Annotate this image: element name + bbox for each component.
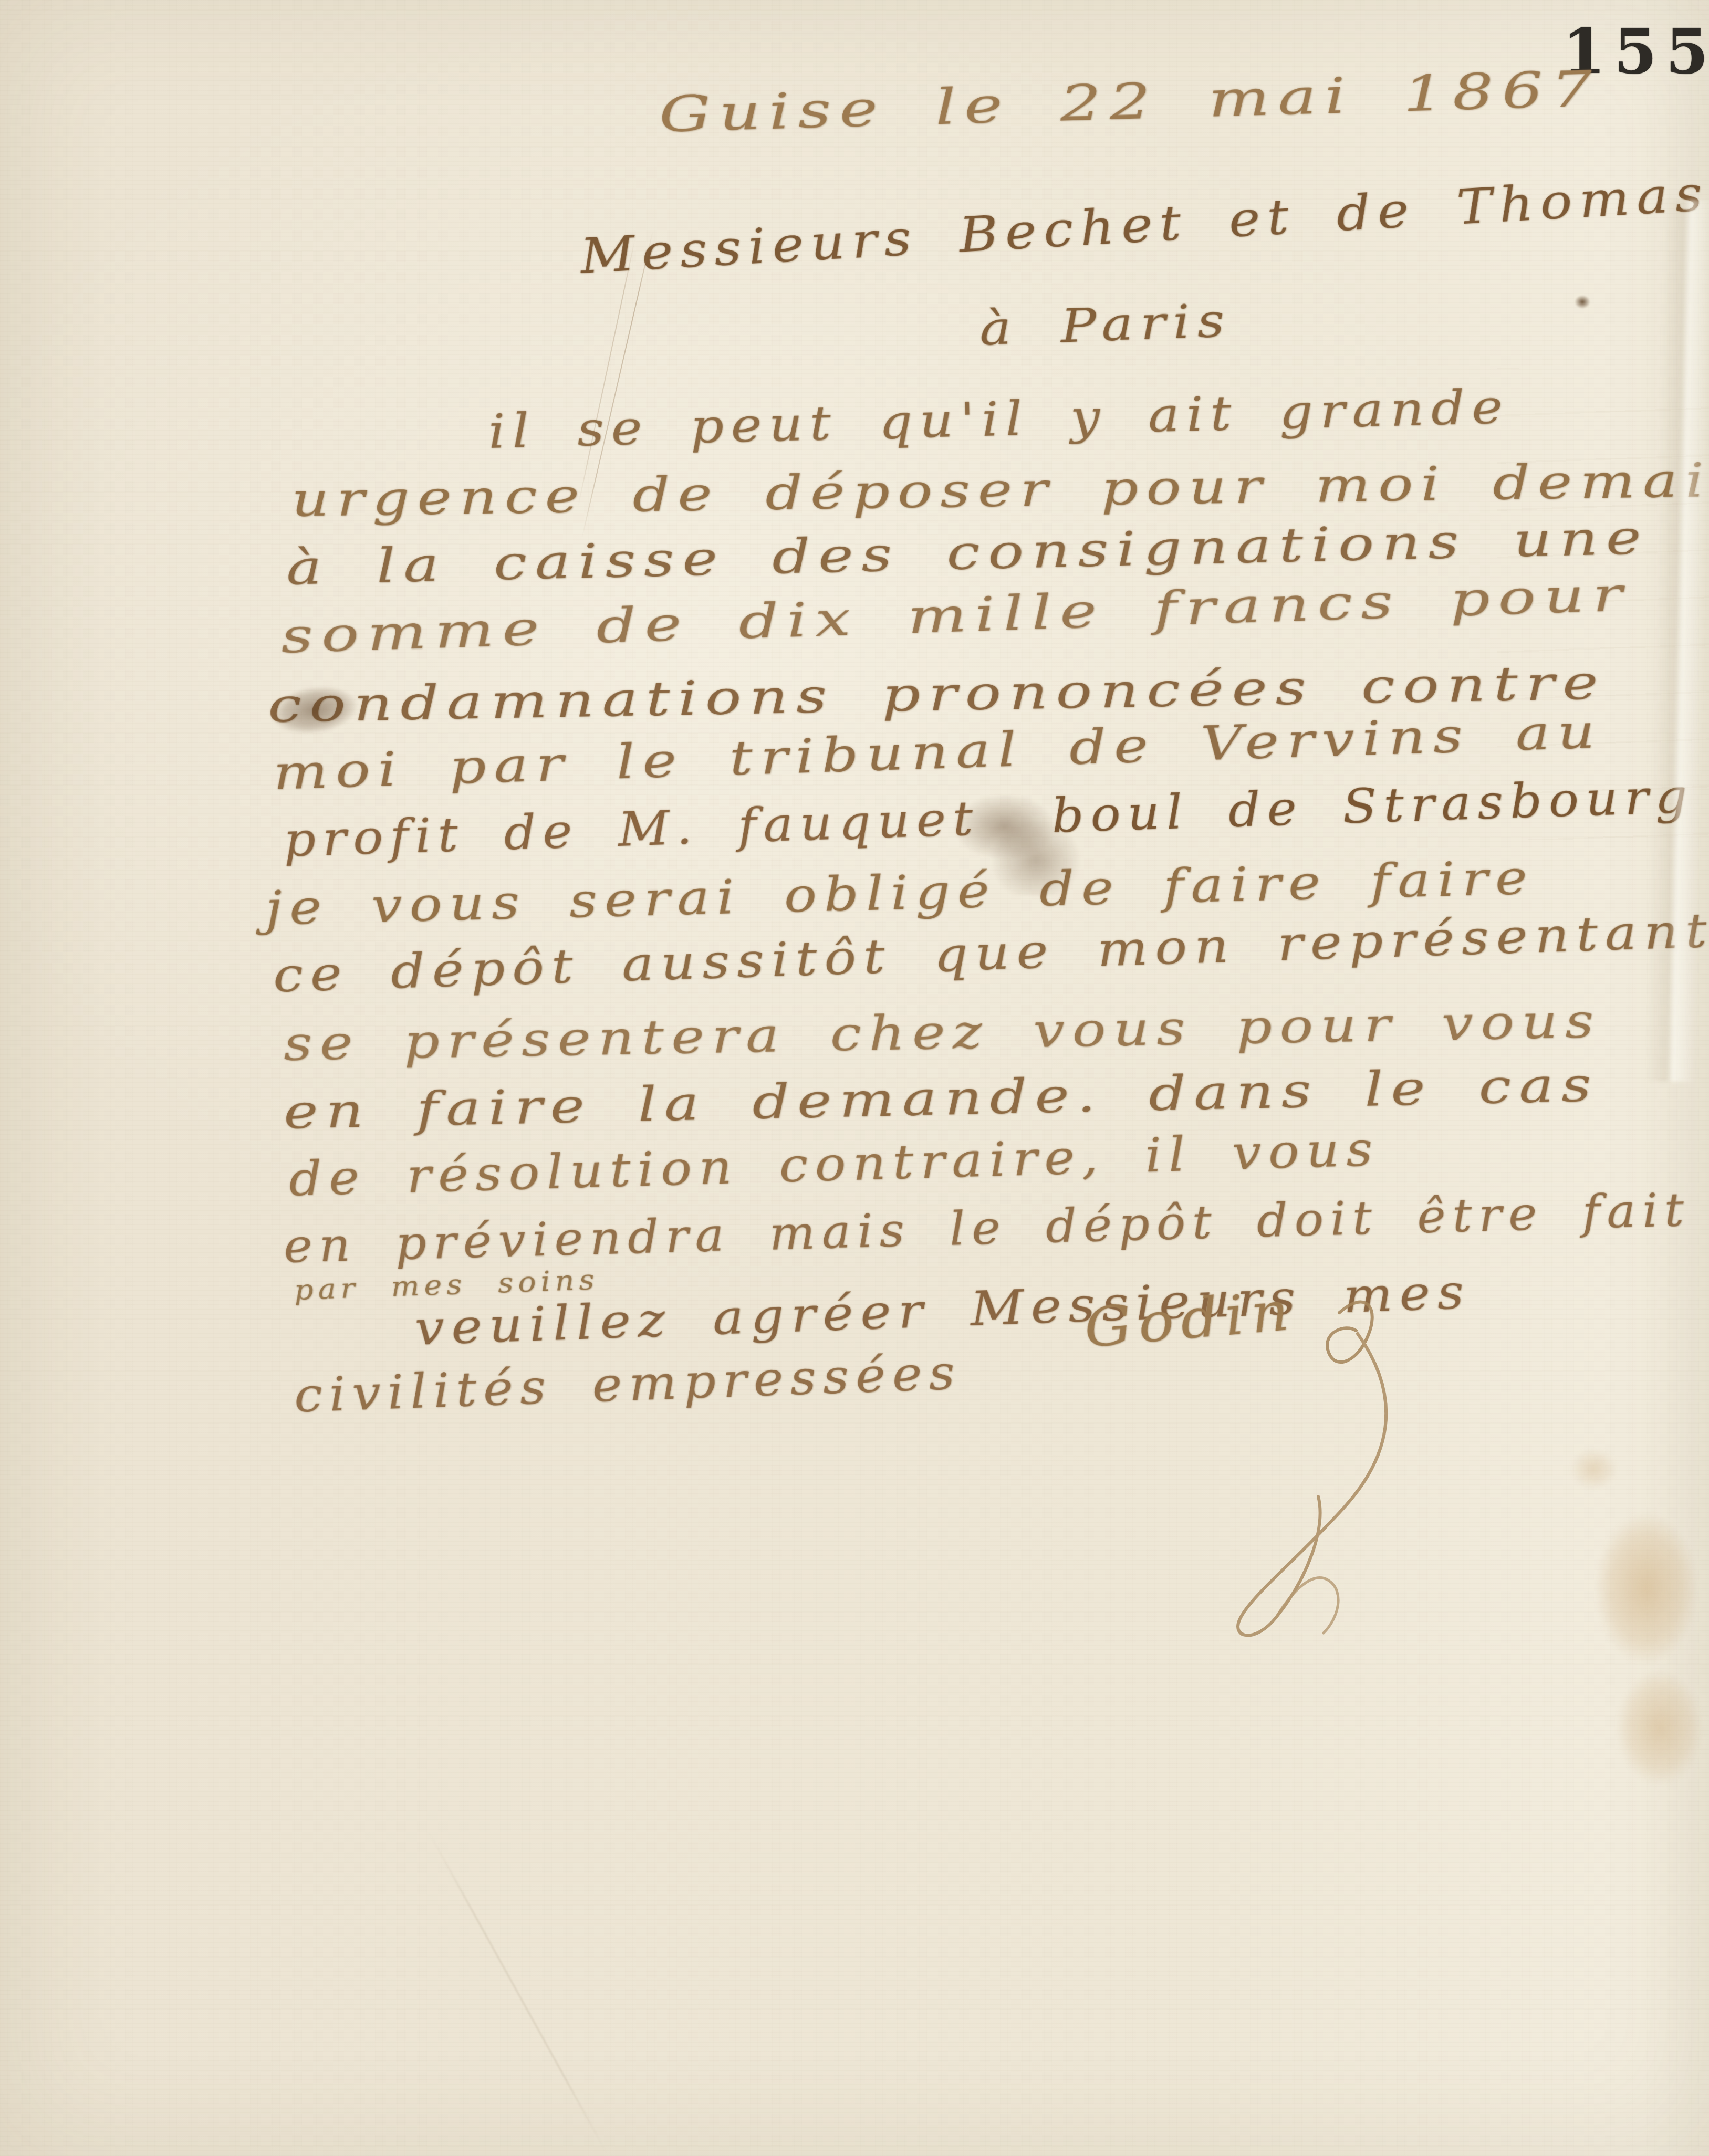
fold-crease-bottom [428, 1832, 608, 2154]
letter-page: 155 Guise le 22 mai 1867 Messieurs Beche… [0, 0, 1709, 2156]
letter-line: en faire la demande. dans le cas [283, 1058, 1599, 1140]
letter-line: se présentera chez vous pour vous [283, 993, 1601, 1072]
foxing-stain [1604, 1654, 1709, 1801]
closing-line: civilités empressées [293, 1345, 962, 1424]
ink-dot [1575, 295, 1590, 309]
letter-line: il se peut qu'il y ait grande [488, 379, 1510, 459]
recipient-line-1: Messieurs Bechet et de Thomasit [579, 162, 1709, 285]
foxing-stain [1562, 1441, 1625, 1496]
dateline: Guise le 22 mai 1867 [658, 60, 1601, 144]
recipient-line-2: à Paris [978, 293, 1232, 356]
letter-line-part: profit de M. fauquet [283, 791, 980, 868]
letter-line-part: boul de Strasbourg [1051, 769, 1695, 844]
inline-gap [980, 832, 1053, 834]
foxing-stain [1581, 1491, 1709, 1686]
